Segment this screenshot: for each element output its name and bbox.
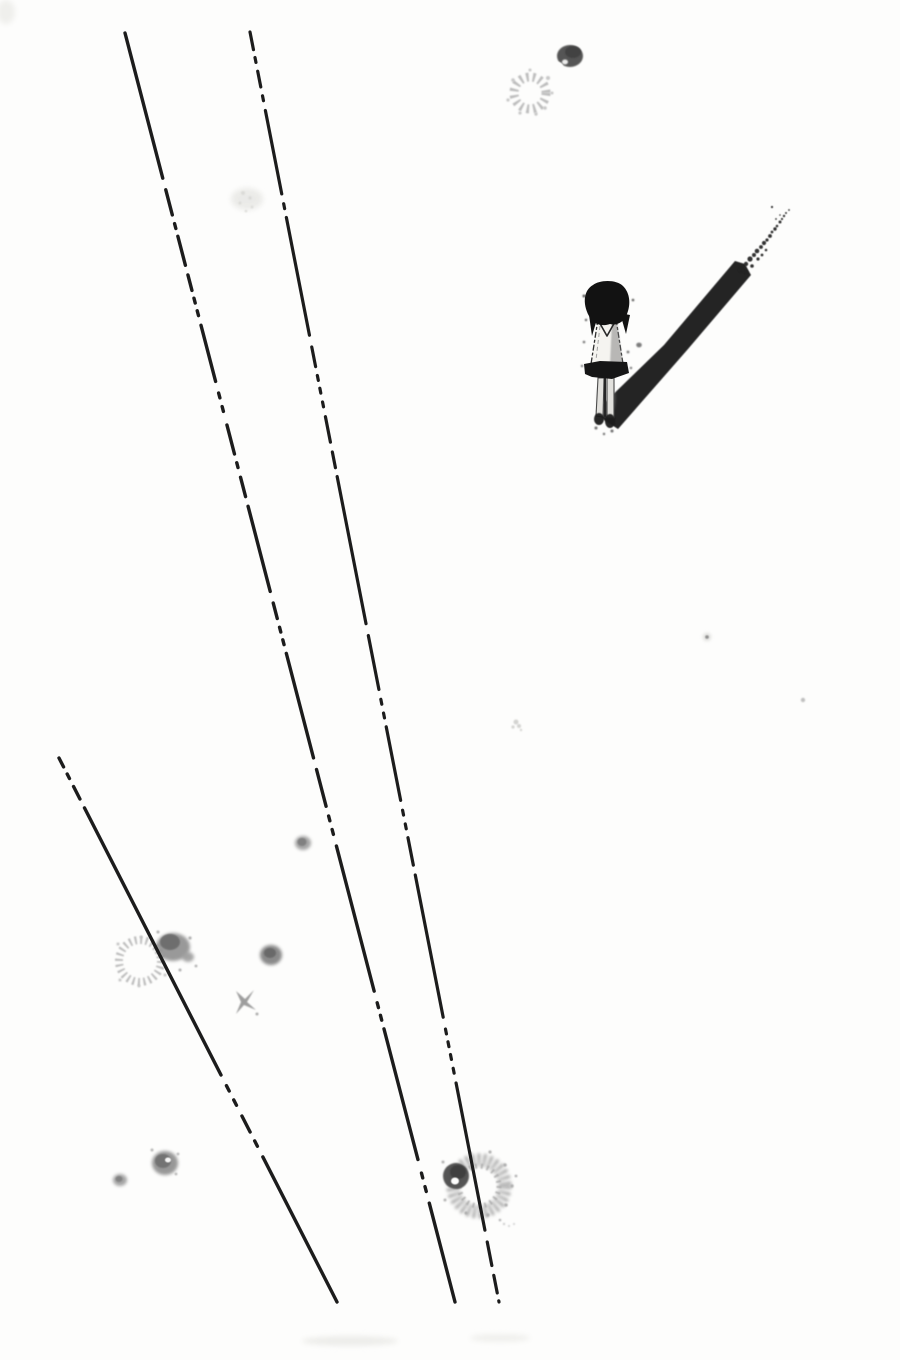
figure-shoe-right [605,414,615,428]
star-splotch [236,990,256,1014]
big-ring-fringe-point [488,1150,491,1153]
figure-shadow-stipple-point [781,218,783,220]
faint-scribble-center-point [514,720,519,725]
figure-leg-right [607,378,614,418]
tiny-dot-far-right [801,698,805,702]
speckled-ring-top-fringe-point [543,106,547,110]
figure-foot-specks-point [595,427,598,430]
figure-shadow-stipple-point [756,257,759,260]
figure-shadow-stipple-point [765,249,768,252]
figure-shadow-stipple-point [785,212,787,214]
accent-dot-by-figure [636,343,642,348]
motion-line-3 [59,758,337,1302]
art-layer [0,0,805,1346]
faint-speck-cluster-upper-point [241,191,245,195]
big-ring-fringe-point [486,1213,489,1216]
big-ring-fringe-point [510,1184,513,1187]
figure-hair-strand-right [620,313,630,334]
stain-blob-c-fringe-point [151,1149,154,1152]
figure-shadow-stipple-point [755,249,760,254]
figure-shadow-stipple-point [771,206,773,208]
speckled-ring-left-fringe-point [140,936,143,939]
big-ring-tail-specks-point [508,1225,510,1227]
star-splotch-speck [256,1013,259,1016]
stain-cluster-left-speckles-point [157,931,160,934]
tiny-dot-right [705,635,709,639]
big-ring-dark-core [450,1165,466,1179]
figure-shadow-stipple-point [744,262,748,266]
stain-blob-c-highlight [165,1158,171,1163]
figure-ink-specks-point [630,367,632,369]
ink-blob-top-core [565,46,581,58]
figure-shadow-stipple-point [779,221,782,224]
bottom-faint-streak-b [470,1334,530,1342]
speckled-ring-top-fringe-point [546,76,550,80]
figure-shadow-stipple-point [744,270,748,274]
figure-shadow-stipple [738,206,789,274]
speckled-ring-left-fringe-point [138,985,141,988]
figure-shadow-stipple-point [750,264,754,268]
big-ring-fringe-point [515,1175,518,1178]
figure-shadow-stipple-point [771,231,774,234]
faint-scribble-center-point [511,725,514,728]
stain-blob-a-core [298,838,307,846]
speckled-ring-left-fringe-point [118,978,121,981]
big-ring-fringe-point [499,1219,502,1222]
faint-scribble-center [511,720,522,732]
tiny-dot-right-point [705,635,709,639]
figure-hair-wisps-point [583,295,586,298]
stain-cluster-left-speckles-point [188,936,191,939]
corner-paper-smudge [0,0,15,24]
stain-cluster-left-speckles-point [195,965,198,968]
big-ring-tail-specks [503,1223,515,1227]
figure-hem [584,361,629,379]
ink-blob-top-notch [553,62,563,70]
faint-speck-cluster-upper-point [245,210,248,213]
speckled-ring-top-fringe-point [511,78,515,82]
figure-leg-left [596,378,604,417]
speckled-ring-top-fringe-point [551,92,554,95]
faint-speck-cluster-upper-point [248,196,251,199]
speckled-ring-top-fringe-point [534,112,537,115]
figure-shadow-stipple-point [752,253,756,257]
stain-dot-d-core [116,1176,123,1182]
figure-shadow-stipple-point [783,215,785,217]
faint-scribble-center-point [517,724,521,728]
big-ring-white-hole [451,1178,459,1185]
ink-blob-top-bite [562,60,568,65]
speckled-ring-top-fringe-point [506,98,509,101]
faint-speck-cluster-upper-point [251,206,254,209]
big-ring-tail-specks-point [513,1223,515,1225]
speckled-ring-top-fringe-point [518,111,521,114]
figure-ink-specks-point [581,365,583,367]
figure-shadow-stipple-point [747,256,752,261]
motion-line-1 [125,33,455,1302]
star-splotch-speck-point [256,1013,259,1016]
motion-line-2 [250,32,499,1302]
big-ring-fringe-point [503,1163,507,1167]
figure-shadow-stipple-point [788,209,790,211]
stain-cluster-left-speckles-point [179,969,182,972]
figure-shadow-stipple-point [762,241,766,245]
figure-foot-specks-point [611,430,614,433]
figure-shadow-stipple-point [773,227,776,230]
figure-shadow-stipple-point [776,225,779,228]
big-ring-fringe-point [444,1199,447,1202]
big-ring-fringe-point [504,1203,508,1207]
stain-cluster-left-core [160,934,180,950]
stain-cluster-left-satellite [182,952,194,962]
big-ring-fringe-point [442,1161,445,1164]
figure-shadow-stipple-point [759,245,763,249]
faint-scribble-center-point [520,729,522,731]
figure-shadow-stipple-point [768,234,772,238]
speckled-ring-left-fringe-point [116,942,119,945]
artwork-canvas [0,0,900,1360]
figure-shadow-stipple-point [779,214,781,216]
speckled-ring-top [514,77,546,109]
faint-speck-cluster-upper-point [239,202,242,205]
figure-hair-wisps-point [632,299,635,302]
figure-hair-wisps-point [585,319,587,321]
manga-page [0,0,900,1360]
stain-blob-c-fringe-point [177,1153,180,1156]
speckled-ring-top-fringe-point [529,69,532,72]
figure-ink-specks-point [583,341,586,344]
faint-smudge-upper [231,188,263,210]
figure-foot-specks-point [603,433,605,435]
figure-shadow-stipple-point [765,238,768,241]
big-ring-tail-specks-point [503,1223,505,1225]
tiny-dot-far-right-point [801,698,805,702]
figure-shoe-left [594,413,604,425]
big-ring-fringe-point [464,1211,467,1214]
stain-blob-c-fringe-point [175,1173,178,1176]
figure-ink-specks-point [627,351,630,354]
speckled-ring-left-fringe-point [163,973,166,976]
stain-blob-b-core [264,948,276,958]
figure-shadow-stipple-point [775,218,777,220]
figure-shadow-stipple-point [761,254,764,257]
bottom-faint-streak-a [302,1336,398,1346]
figure-shadow-stipple-point [738,267,743,272]
